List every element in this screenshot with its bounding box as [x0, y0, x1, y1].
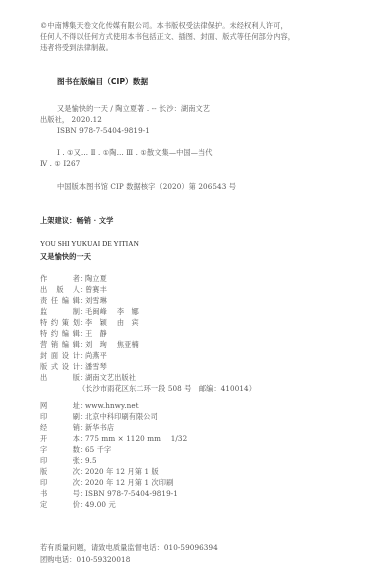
credit-value: 曾赛丰 [85, 285, 107, 294]
credit-value: 潘雪琴 [85, 362, 107, 371]
credit-label: 开 本 [40, 434, 80, 444]
credit-row-printing: 印 次：2020 年 12 月第 1 次印刷 [40, 478, 183, 488]
copyright-page: ©中南博集天卷文化传媒有限公司。本书版权受法律保护。未经权利人许可， 任何人不得… [0, 0, 375, 586]
credit-label: 作 者 [40, 274, 80, 284]
credit-row-special-planner: 特约策划：李 颖由 宾 [40, 318, 149, 328]
copyright-line: 任何人不得以任何方式使用本书包括正文、插图、封面、版式等任何部分内容， [40, 32, 295, 42]
credit-value: 由 宾 [117, 318, 139, 327]
credit-value: 刘雪琳 [85, 296, 107, 305]
copyright-line: 违者将受到法律制裁。 [40, 43, 113, 53]
credit-value: 李 娜 [117, 307, 139, 316]
cip-classification-line: Ⅳ . ① I267 [40, 159, 80, 169]
book-title: 又是愉快的一天 [40, 252, 91, 262]
credit-value: 毛闽峰 [85, 307, 107, 316]
quality-hotline: 若有质量问题，请致电质量监督电话：010-59096394 [40, 543, 218, 553]
cip-isbn-line: ISBN 978-7-5404-9819-1 [57, 126, 150, 136]
website-link: www.hnwy.net [85, 401, 139, 410]
credit-label: 出 版 [40, 373, 80, 383]
credit-row-word-count: 字 数：65 千字 [40, 445, 121, 455]
credit-row-supervisor: 监 制：毛闽峰李 娜 [40, 307, 149, 317]
credit-label: 责任编辑 [40, 296, 80, 306]
credit-label: 字 数 [40, 445, 80, 455]
credit-value: 9.5 [85, 456, 97, 465]
credit-label: 特约编辑 [40, 329, 80, 339]
credit-label: 书 号 [40, 489, 80, 499]
credit-label: 经 销 [40, 423, 80, 433]
credit-value: 新华书店 [85, 423, 114, 432]
credit-label: 版 次 [40, 467, 80, 477]
credit-label: 定 价 [40, 500, 80, 510]
credit-label: 出 版 人 [40, 285, 80, 295]
credit-row-editor: 责任编辑：刘雪琳 [40, 296, 117, 306]
shelf-suggestion: 上架建议：畅销 · 文学 [40, 216, 113, 226]
credit-value: 49.00 元 [85, 500, 116, 509]
cip-number: 中国版本图书馆 CIP 数据核字（2020）第 206543 号 [57, 182, 236, 192]
cip-heading: 图书在版编目（CIP）数据 [57, 77, 148, 87]
credit-value: 李 颖 [85, 318, 107, 327]
credit-row-website: 网 址：www.hnwy.net [40, 401, 149, 411]
credit-value: 尚燕平 [85, 351, 107, 360]
credit-value: 2020 年 12 月第 1 版 [85, 467, 159, 476]
credit-value: ISBN 978-7-5404-9819-1 [85, 489, 178, 498]
credit-label: 网 址 [40, 401, 80, 411]
cip-classification-line: Ⅰ . ①又… Ⅱ . ①陶… Ⅲ . ①散文集—中国—当代 [57, 148, 213, 158]
credit-label: 印 张 [40, 456, 80, 466]
credit-value: 2020 年 12 月第 1 次印刷 [85, 478, 173, 487]
credit-value: 刘 珣 [85, 340, 107, 349]
credit-value: 王 静 [85, 329, 107, 338]
cip-publisher-line: 出版社， 2020.12 [40, 115, 102, 125]
credit-label: 版式设计 [40, 362, 80, 372]
credit-value: 陶立夏 [85, 274, 107, 283]
credit-row-address: （长沙市雨花区东二环一段 508 号 邮编：410014） [78, 384, 266, 394]
credit-row-isbn: 书 号：ISBN 978-7-5404-9819-1 [40, 489, 188, 499]
credit-row-marketing-editor: 营销编辑：刘 珣焦亚楠 [40, 340, 149, 350]
credit-value: 湖南文艺出版社 [85, 373, 136, 382]
credit-label: 封面设计 [40, 351, 80, 361]
credit-row-format: 开 本：775 mm × 1120 mm 1/32 [40, 434, 197, 444]
credit-label: 印 次 [40, 478, 80, 488]
credit-label: 印 刷 [40, 412, 80, 422]
credit-row-printer: 印 刷：北京中科印刷有限公司 [40, 412, 168, 422]
credit-label: 监 制 [40, 307, 80, 317]
pinyin-title: YOU SHI YUKUAI DE YITIAN [40, 239, 139, 249]
group-purchase-phone: 团购电话：010-59320018 [40, 555, 130, 565]
credit-value: 65 千字 [85, 445, 111, 454]
credit-row-price: 定 价：49.00 元 [40, 500, 126, 510]
credit-row-edition: 版 次：2020 年 12 月第 1 版 [40, 467, 169, 477]
credit-label: 特约策划 [40, 318, 80, 328]
credit-row-layout-design: 版式设计：潘雪琴 [40, 362, 117, 372]
credit-row-printed-sheets: 印 张：9.5 [40, 456, 107, 466]
credit-row-cover-design: 封面设计：尚燕平 [40, 351, 117, 361]
credit-value: 775 mm × 1120 mm 1/32 [85, 434, 187, 443]
cip-title-line: 又是愉快的一天 / 陶立夏著 . -- 长沙：湖南文艺 [57, 104, 210, 114]
credit-row-distributor: 经 销：新华书店 [40, 423, 124, 433]
copyright-line: ©中南博集天卷文化传媒有限公司。本书版权受法律保护。未经权利人许可， [40, 21, 288, 31]
credit-value: 焦亚楠 [117, 340, 139, 349]
credit-label: 营销编辑 [40, 340, 80, 350]
credit-row-author: 作 者：陶立夏 [40, 274, 117, 284]
credit-row-publisher-person: 出 版 人：曾赛丰 [40, 285, 117, 295]
credit-value: 北京中科印刷有限公司 [85, 412, 158, 421]
publisher-address: （长沙市雨花区东二环一段 508 号 邮编：410014） [78, 384, 256, 393]
credit-row-publisher: 出 版：湖南文艺出版社 [40, 373, 146, 383]
credit-row-special-editor: 特约编辑：王 静 [40, 329, 117, 339]
